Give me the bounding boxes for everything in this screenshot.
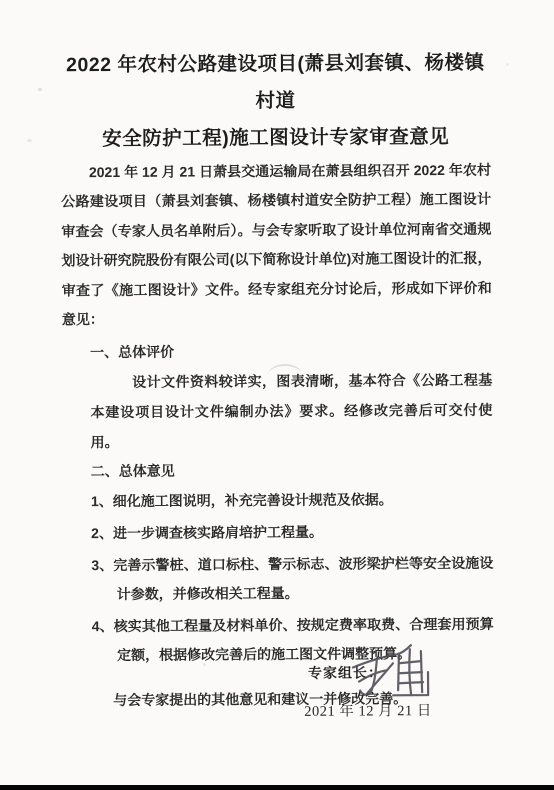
chief-expert-signature-icon xyxy=(347,640,439,703)
document-title-line2: 安全防护工程)施工图设计专家审查意见 xyxy=(102,126,449,150)
opinion-item-1: 1、细化施工图说明，补充完善设计规范及依据。 xyxy=(91,485,493,516)
document-title-line1: 2022 年农村公路建设项目(萧县刘套镇、杨楼镇村道 xyxy=(66,52,484,112)
scan-speck xyxy=(203,663,206,666)
scan-speck xyxy=(506,63,509,66)
opinion-item-2: 2、进一步调查核实路肩培护工程量。 xyxy=(91,517,493,548)
opinion-item-3: 3、完善示警桩、道口标柱、警示标志、波形梁护栏等安全设施设计参数，并修改相关工程… xyxy=(91,549,493,609)
scanner-edge-bar xyxy=(0,785,554,790)
intro-paragraph: 2021 年 12 月 21 日萧县交通运输局在萧县组织召开 2022 年农村公… xyxy=(61,156,492,335)
overall-evaluation-body: 设计文件资料较详实，图表清晰，基本符合《公路工程基本建设项目设计文件编制办法》要… xyxy=(90,365,493,457)
scan-speck xyxy=(27,139,32,142)
section-heading-overall-opinions: 二、总体意见 xyxy=(63,455,493,487)
scan-speck xyxy=(38,88,42,91)
document-date: 2021 年 12 月 21 日 xyxy=(304,699,432,721)
document-content: 2022 年农村公路建设项目(萧县刘套镇、杨楼镇村道 安全防护工程)施工图设计专… xyxy=(60,45,495,790)
document-title: 2022 年农村公路建设项目(萧县刘套镇、杨楼镇村道 安全防护工程)施工图设计专… xyxy=(60,45,491,159)
scanned-document-page: 2022 年农村公路建设项目(萧县刘套镇、杨楼镇村道 安全防护工程)施工图设计专… xyxy=(0,0,554,790)
section-heading-overall-evaluation: 一、总体评价 xyxy=(62,336,492,368)
